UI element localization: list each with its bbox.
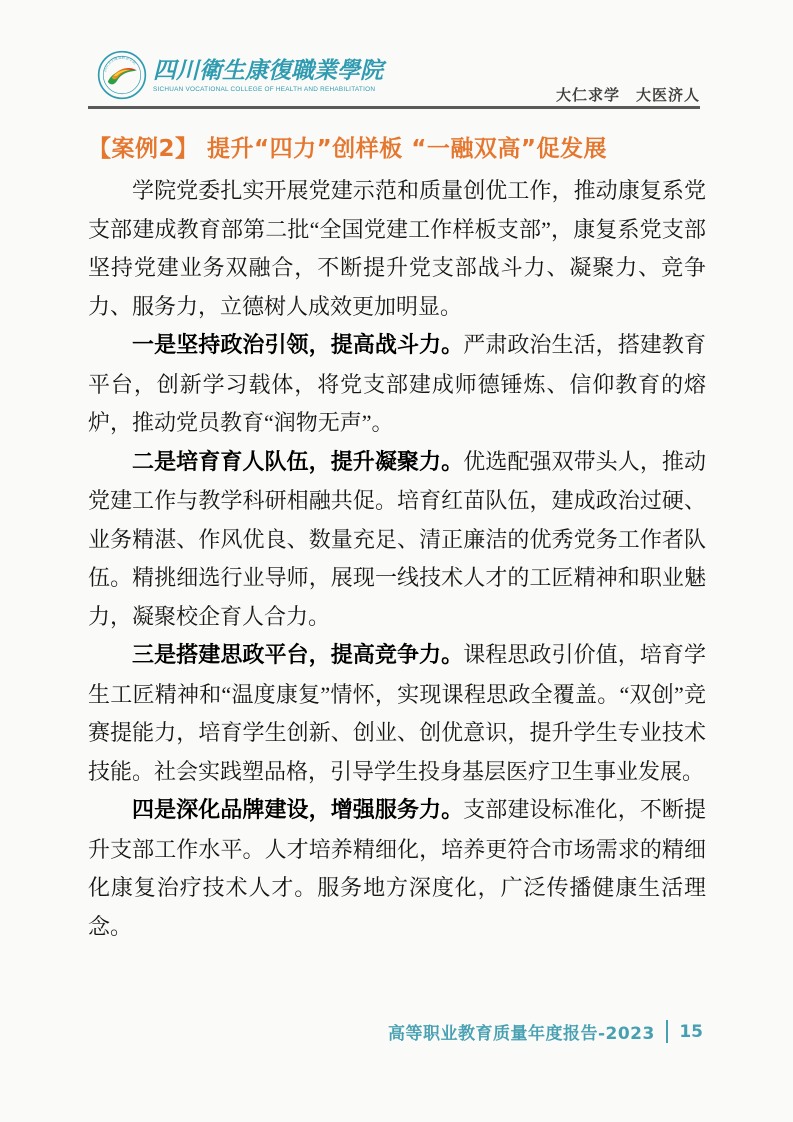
article-body: 学院党委扎实开展党建示范和质量创优工作，推动康复系党支部建成教育部第二批“全国党… xyxy=(88,172,706,946)
college-motto: 大仁求学 大医济人 xyxy=(556,84,700,105)
page-footer: 高等职业教育质量年度报告-2023 15 xyxy=(388,1019,703,1044)
college-logo: 四川卫生康复职业学院 四川衛生康復職業學院 SICHUAN VOCATIONAL… xyxy=(97,50,383,100)
college-name-block: 四川衛生康復職業學院 SICHUAN VOCATIONAL COLLEGE OF… xyxy=(153,58,383,93)
college-name-en: SICHUAN VOCATIONAL COLLEGE OF HEALTH AND… xyxy=(153,86,383,93)
article-paragraph: 一是坚持政治引领，提高战斗力。严肃政治生活，搭建教育平台，创新学习载体，将党支部… xyxy=(88,326,706,443)
college-name-zh: 四川衛生康復職業學院 xyxy=(153,58,383,84)
article-paragraph: 三是搭建思政平台，提高竞争力。课程思政引价值，培育学生工匠精神和“温度康复”情怀… xyxy=(88,636,706,791)
article: 【案例2】 提升“四力”创样板 “一融双高”促发展 学院党委扎实开展党建示范和质… xyxy=(88,130,706,946)
article-paragraph: 四是深化品牌建设，增强服务力。支部建设标准化，不断提升支部工作水平。人才培养精细… xyxy=(88,791,706,946)
paragraph-lead: 二是培育育人队伍，提升凝聚力。 xyxy=(132,450,463,475)
college-seal-icon: 四川卫生康复职业学院 xyxy=(97,50,147,100)
header-divider xyxy=(88,106,700,109)
footer-page-number: 15 xyxy=(679,1022,703,1042)
footer-report-title: 高等职业教育质量年度报告-2023 xyxy=(388,1019,655,1044)
article-paragraph: 二是培育育人队伍，提升凝聚力。优选配强双带头人，推动党建工作与教学科研相融共促。… xyxy=(88,443,706,637)
page-header: 四川卫生康复职业学院 四川衛生康復職業學院 SICHUAN VOCATIONAL… xyxy=(0,0,793,112)
paragraph-lead: 四是深化品牌建设，增强服务力。 xyxy=(132,798,463,823)
article-title: 【案例2】 提升“四力”创样板 “一融双高”促发展 xyxy=(88,130,706,163)
document-page: 四川卫生康复职业学院 四川衛生康復職業學院 SICHUAN VOCATIONAL… xyxy=(0,0,793,1122)
paragraph-lead: 一是坚持政治引领，提高战斗力。 xyxy=(132,333,463,358)
article-paragraph: 学院党委扎实开展党建示范和质量创优工作，推动康复系党支部建成教育部第二批“全国党… xyxy=(88,172,706,326)
footer-divider-bar xyxy=(666,1020,669,1043)
paragraph-lead: 三是搭建思政平台，提高竞争力。 xyxy=(132,643,463,668)
